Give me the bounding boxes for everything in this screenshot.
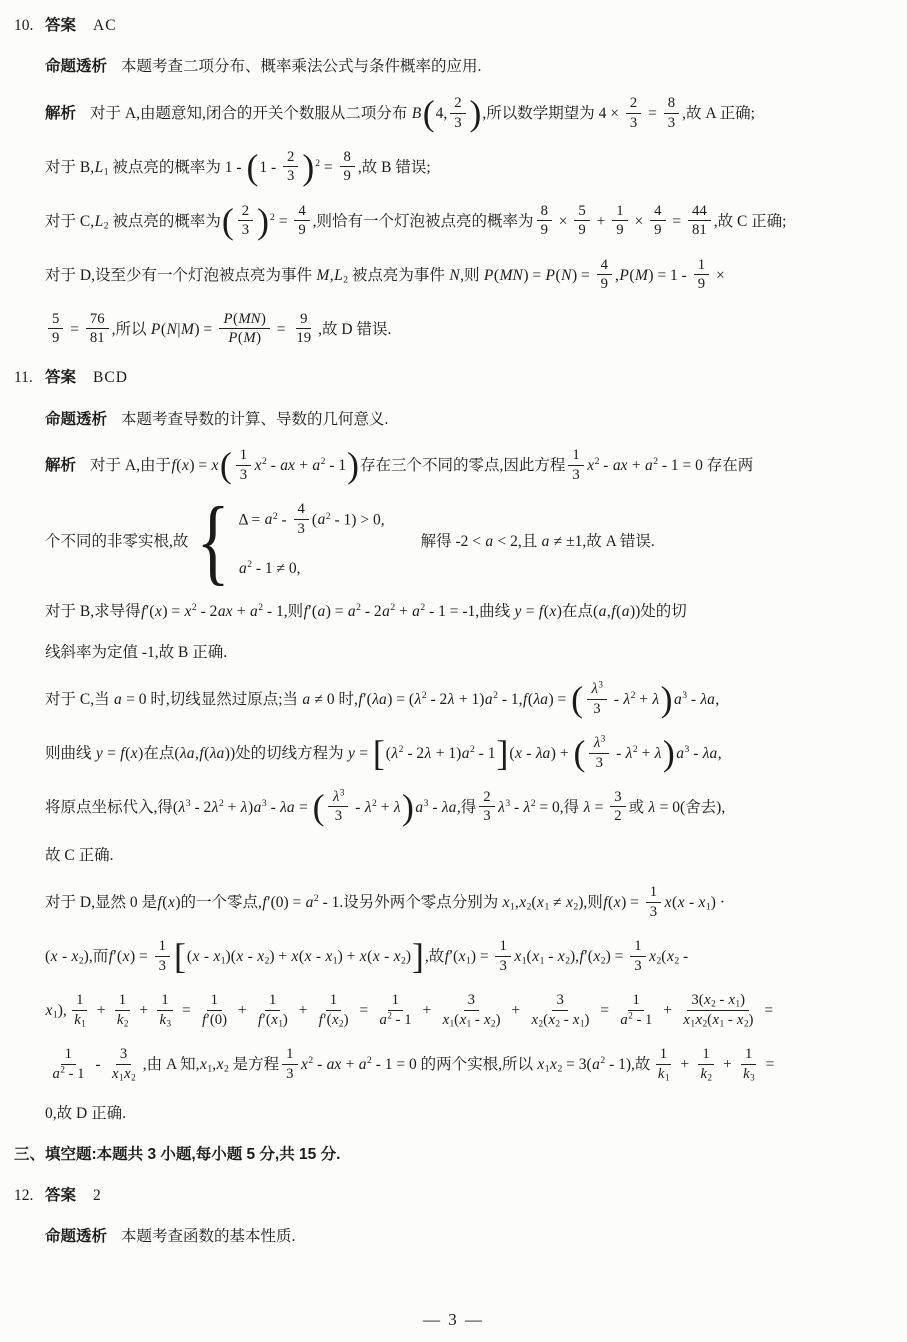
solution-line: 对于 D,显然 0 是f(x)的一个零点,f′(0) = a2 - 1.设另外两… — [14, 886, 893, 922]
solution-line: 1a2 - 1 - 3x1x2,由 A 知,x1,x2 是方程13x2 - ax… — [14, 1048, 893, 1084]
math-text: 线斜率为定值 -1,故 B 正确. — [45, 644, 227, 661]
fraction: 83 — [664, 95, 679, 131]
answer-value: 2 — [93, 1187, 102, 1204]
fraction: 89 — [340, 149, 355, 185]
solution-line: 线斜率为定值 -1,故 B 正确. — [14, 641, 893, 664]
math-text: 故 C 正确. — [45, 847, 113, 864]
solution-line: 对于 C,L2 被点亮的概率为(23)2 = 49,则恰有一个灯泡被点亮的概率为… — [14, 204, 893, 240]
fraction: 43 — [294, 501, 309, 537]
math-text: 将原点坐标代入,得(λ3 - 2λ2 + λ)a3 - λa = (λ33 - … — [45, 799, 725, 816]
cases-row: Δ = a2 - 43(a2 - 1) > 0, — [238, 503, 384, 539]
math-text: x1),1k1 + 1k2 + 1k3 = 1f′(0) + 1f′(x1) +… — [45, 1002, 773, 1019]
math-text: 对于 A,由于f(x) = x(13x2 - ax + a2 - 1)存在三个不… — [90, 457, 753, 474]
fraction: P(MN)P(M) — [219, 311, 270, 347]
math-text: 对于 D,设至少有一个灯泡被点亮为事件 M,L2 被点亮为事件 N,则 P(MN… — [45, 267, 725, 284]
fraction: 23 — [238, 203, 253, 239]
math-text: 本题考查导数的计算、导数的几何意义. — [121, 411, 388, 428]
math-text: 对于 B,求导得f′(x) = x2 - 2ax + a2 - 1,则f′(a)… — [45, 603, 687, 620]
math-text: 本题考查二项分布、概率乘法公式与条件概率的应用. — [121, 58, 481, 75]
page-number: — 3 — — [0, 1310, 907, 1330]
solution-line: (x - x2),而f′(x) = 13[(x - x1)(x - x2) + … — [14, 940, 893, 976]
solution-line: 解析对于 A,由题意知,闭合的开关个数服从二项分布 B(4,23),所以数学期望… — [14, 97, 893, 133]
math-text: 对于 A,由题意知,闭合的开关个数服从二项分布 B(4,23),所以数学期望为 … — [90, 105, 755, 122]
cases-rows: Δ = a2 - 43(a2 - 1) > 0,a2 - 1 ≠ 0, — [238, 503, 384, 580]
solution-line: 对于 D,设至少有一个灯泡被点亮为事件 M,L2 被点亮为事件 N,则 P(MN… — [14, 258, 893, 294]
fraction: 7681 — [86, 311, 109, 347]
fraction: 13 — [495, 938, 510, 974]
math-text: 对于 C,L2 被点亮的概率为(23)2 = 49,则恰有一个灯泡被点亮的概率为… — [45, 213, 787, 230]
question-number: 12. — [14, 1184, 45, 1207]
answer-line: 10.答案AC — [14, 14, 893, 37]
solution-line: 命题透析本题考查导数的计算、导数的几何意义. — [14, 408, 893, 431]
answer-label: 答案 — [45, 369, 76, 386]
answer-line: 12.答案2 — [14, 1184, 893, 1207]
fraction: 59 — [48, 311, 63, 347]
fraction: 13 — [155, 938, 170, 974]
para-label: 命题透析 — [45, 411, 107, 428]
cases-brace-icon: { — [197, 503, 230, 580]
fraction: 23 — [450, 95, 465, 131]
fraction: 49 — [597, 257, 612, 293]
fraction: 1f′(x1) — [254, 992, 292, 1028]
fraction: 1a2 - 1 — [375, 992, 416, 1028]
fraction: 1k1 — [653, 1046, 673, 1082]
solution-line: 0,故 D 正确. — [14, 1102, 893, 1125]
fraction: 1f′(x2) — [314, 992, 352, 1028]
fraction: 23 — [283, 149, 298, 185]
document-body: 10.答案AC命题透析本题考查二项分布、概率乘法公式与条件概率的应用.解析对于 … — [0, 0, 907, 1249]
math-text: 1a2 - 1 - 3x1x2,由 A 知,x1,x2 是方程13x2 - ax… — [45, 1056, 774, 1073]
fraction: 1k1 — [70, 992, 90, 1028]
solution-line: 对于 B,求导得f′(x) = x2 - 2ax + a2 - 1,则f′(a)… — [14, 600, 893, 623]
fraction: 32 — [610, 789, 625, 825]
answer-value: BCD — [93, 369, 128, 386]
fraction: 89 — [537, 203, 552, 239]
solution-line: 将原点坐标代入,得(λ3 - 2λ2 + λ)a3 - λa = (λ33 - … — [14, 790, 893, 826]
para-label: 命题透析 — [45, 58, 107, 75]
fraction: 19 — [694, 257, 709, 293]
math-text: 则曲线 y = f(x)在点(λa,f(λa))处的切线方程为 y = [(λ2… — [45, 745, 722, 762]
math-text: 本题考查函数的基本性质. — [121, 1228, 295, 1245]
fraction: 13 — [282, 1046, 297, 1082]
section-heading: 三、填空题:本题共 3 小题,每小题 5 分,共 15 分. — [14, 1143, 893, 1166]
math-text: 0,故 D 正确. — [45, 1105, 126, 1122]
math-text: 59 = 7681,所以 P(N|M) = P(MN)P(M) = 919,故 … — [45, 321, 391, 338]
question-number: 10. — [14, 14, 45, 37]
math-text: 对于 C,当 a = 0 时,切线显然过原点;当 a ≠ 0 时,f′(λa) … — [45, 691, 719, 708]
solution-line: 59 = 7681,所以 P(N|M) = P(MN)P(M) = 919,故 … — [14, 312, 893, 348]
solution-line: 命题透析本题考查函数的基本性质. — [14, 1225, 893, 1248]
math-text: 对于 D,显然 0 是f(x)的一个零点,f′(0) = a2 - 1.设另外两… — [45, 894, 725, 911]
fraction: 49 — [650, 203, 665, 239]
fraction: 1a2 - 1 — [48, 1046, 89, 1082]
para-label: 解析 — [45, 457, 76, 474]
solution-line: 故 C 正确. — [14, 844, 893, 867]
fraction: 23 — [626, 95, 641, 131]
fraction: 13 — [646, 884, 661, 920]
fraction: 919 — [292, 311, 315, 347]
fraction: 1f′(0) — [198, 992, 231, 1028]
fraction: 13 — [568, 447, 583, 483]
solution-line: 则曲线 y = f(x)在点(λa,f(λa))处的切线方程为 y = [(λ2… — [14, 737, 893, 773]
question-number: 11. — [14, 366, 45, 389]
fraction: λ33 — [587, 681, 607, 717]
para-label: 命题透析 — [45, 1228, 107, 1245]
solution-line: x1),1k1 + 1k2 + 1k3 = 1f′(0) + 1f′(x1) +… — [14, 994, 893, 1030]
fraction: 3x2(x2 - x1) — [527, 992, 593, 1028]
fraction: 3x1(x1 - x2) — [438, 992, 504, 1028]
fraction: λ33 — [328, 789, 348, 825]
fraction: 4481 — [688, 203, 711, 239]
solution-line: 解析对于 A,由于f(x) = x(13x2 - ax + a2 - 1)存在三… — [14, 449, 893, 485]
fraction: 1a2 - 1 — [616, 992, 657, 1028]
fraction: 1k2 — [696, 1046, 716, 1082]
answer-label: 答案 — [45, 17, 76, 34]
fraction: 23 — [479, 789, 494, 825]
fraction: 3x1x2 — [107, 1046, 139, 1082]
fraction: 3(x2 - x1)x1x2(x1 - x2) — [679, 992, 758, 1028]
fraction: 1k3 — [155, 992, 175, 1028]
math-text: 个不同的非零实根,故 — [45, 530, 188, 553]
fraction: 49 — [294, 203, 309, 239]
solution-line: 命题透析本题考查二项分布、概率乘法公式与条件概率的应用. — [14, 55, 893, 78]
cases-row: a2 - 1 ≠ 0, — [238, 557, 384, 580]
fraction: 1k3 — [739, 1046, 759, 1082]
fraction: 13 — [630, 938, 645, 974]
solution-line: 对于 B,L1 被点亮的概率为 1 - (1 - 23)2 = 89,故 B 错… — [14, 150, 893, 186]
math-text: (x - x2),而f′(x) = 13[(x - x1)(x - x2) + … — [45, 948, 688, 965]
answer-line: 11.答案BCD — [14, 366, 893, 389]
document-page: { "page": { "footer": "— 3 —", "blocks":… — [0, 0, 907, 1342]
fraction: 19 — [612, 203, 627, 239]
math-text: 对于 B,L1 被点亮的概率为 1 - (1 - 23)2 = 89,故 B 错… — [45, 159, 431, 176]
answer-value: AC — [93, 17, 117, 34]
cases-line: 个不同的非零实根,故{Δ = a2 - 43(a2 - 1) > 0,a2 - … — [14, 503, 893, 580]
answer-label: 答案 — [45, 1187, 76, 1204]
fraction: 59 — [574, 203, 589, 239]
para-label: 解析 — [45, 105, 76, 122]
fraction: 13 — [236, 447, 251, 483]
solution-line: 对于 C,当 a = 0 时,切线显然过原点;当 a ≠ 0 时,f′(λa) … — [14, 683, 893, 719]
fraction: λ33 — [589, 735, 609, 771]
fraction: 1k2 — [112, 992, 132, 1028]
math-text: 解得 -2 < a < 2,且 a ≠ ±1,故 A 错误. — [421, 530, 655, 553]
